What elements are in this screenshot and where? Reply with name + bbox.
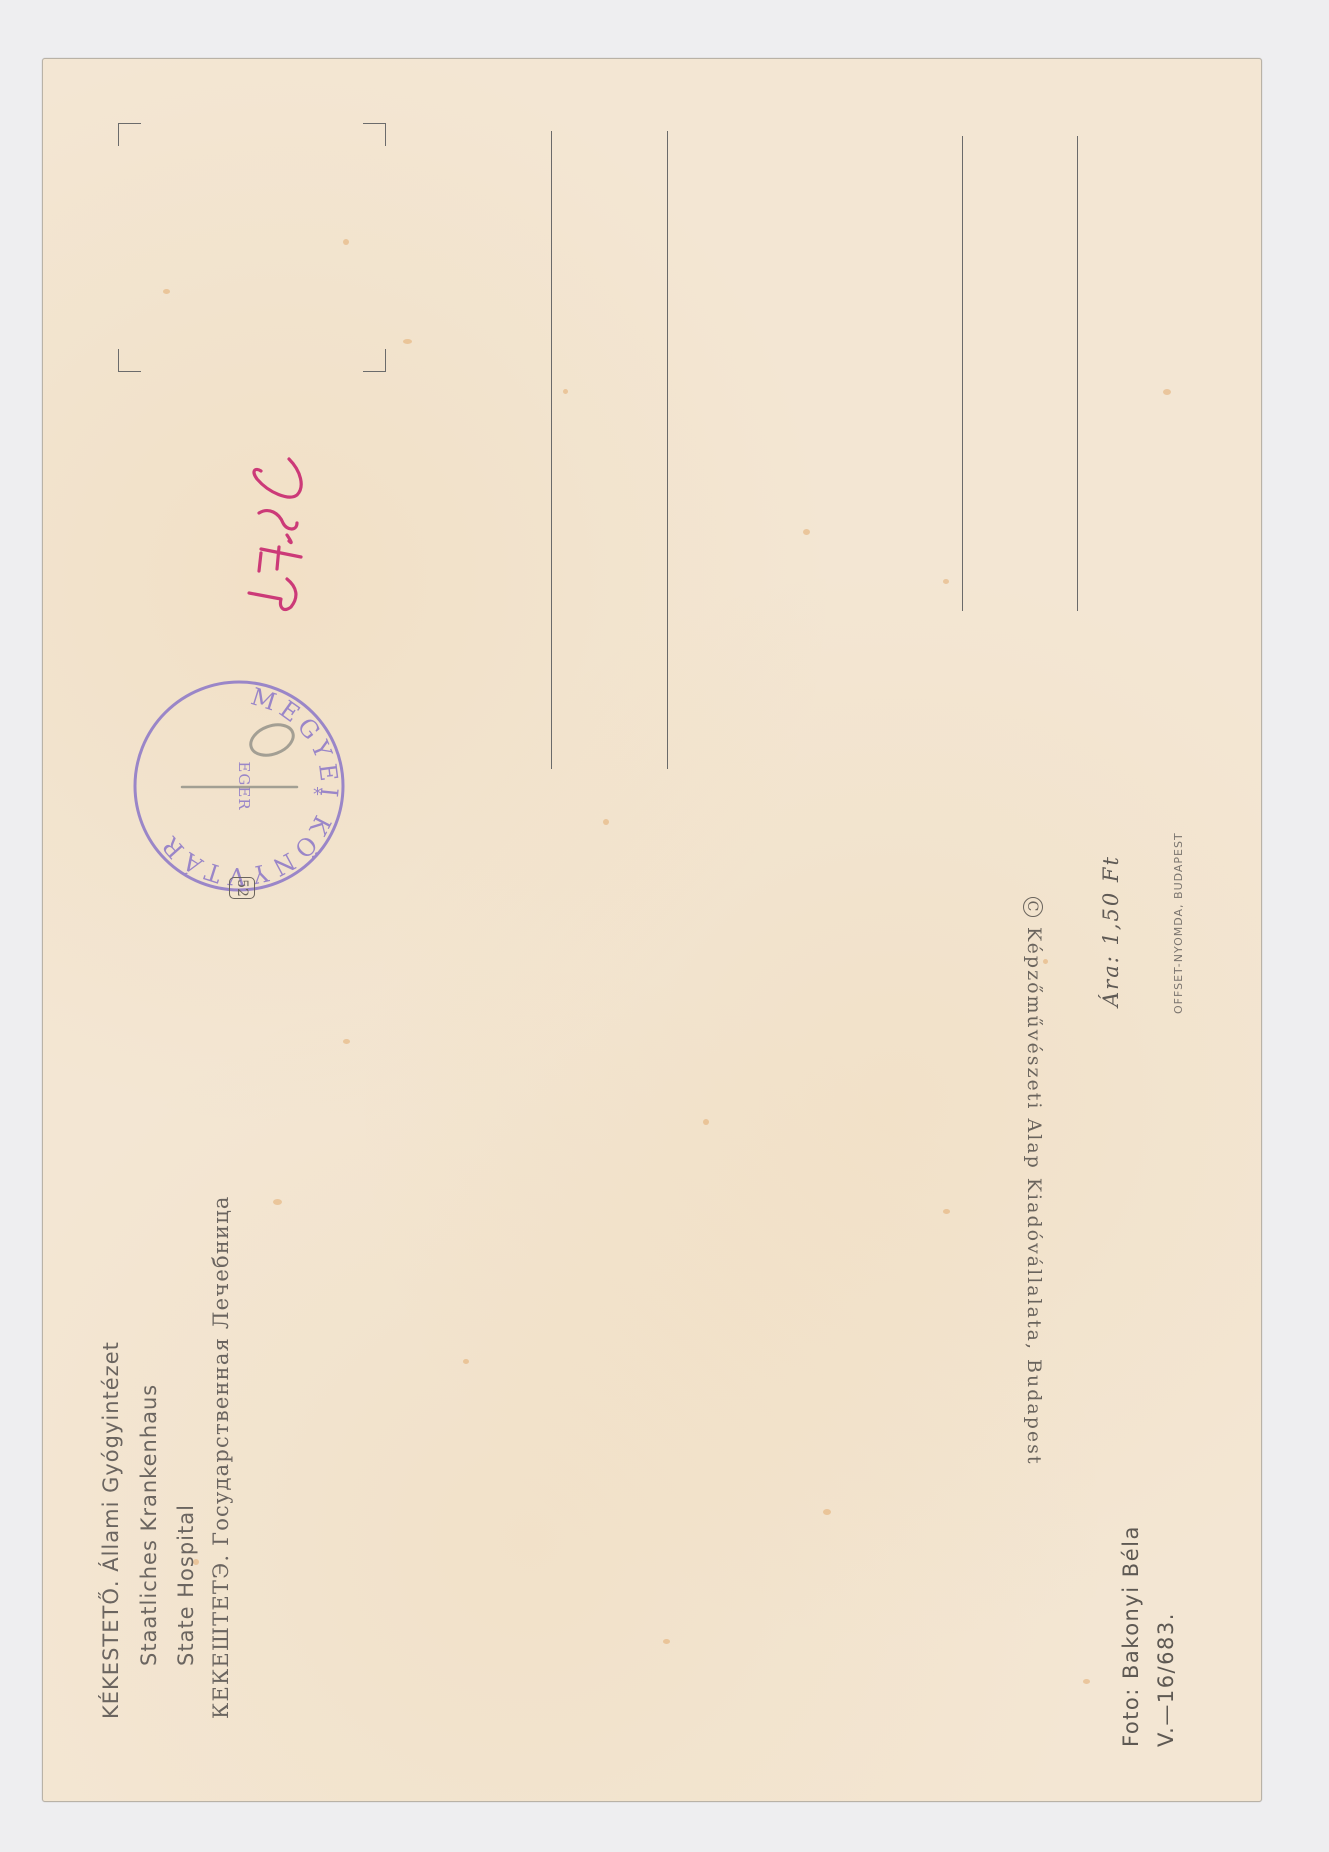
- address-line: [551, 131, 552, 769]
- publisher-badge: 52: [229, 877, 255, 899]
- stamp-box-corner: [118, 123, 141, 146]
- stamp-box-corner: [363, 349, 386, 372]
- publisher-name: Képzőművészeti Alap Kiadóvállalata, Buda…: [1023, 927, 1045, 1466]
- caption-russian: КЕКЕШТЕТЭ. Государственная Лечебница: [211, 1195, 232, 1719]
- stamp-box-corner: [363, 123, 386, 146]
- caption-english: State Hospital: [176, 1504, 197, 1666]
- price-label: Ára: 1,50 Ft: [1101, 855, 1122, 1007]
- handwritten-number: [239, 431, 319, 631]
- photo-credit: Foto: Bakonyi Béla: [1121, 1525, 1142, 1747]
- address-line: [1077, 136, 1078, 611]
- address-line: [667, 131, 668, 769]
- publisher-line: CKépzőművészeti Alap Kiadóvállalata, Bud…: [1023, 897, 1043, 1466]
- address-line: [962, 136, 963, 611]
- postcard-back: MEGYEI KÖNYVTÁR * EGER KÉKESTETŐ. Állami…: [42, 58, 1262, 1802]
- catalog-code: V.—16/683.: [1156, 1612, 1177, 1747]
- copyright-icon: C: [1023, 897, 1043, 917]
- printer-label: OFFSET-NYOMDA, BUDAPEST: [1173, 832, 1184, 1014]
- svg-text:*: *: [313, 784, 322, 805]
- caption-hungarian: KÉKESTETŐ. Állami Gyógyintézet: [101, 1341, 122, 1719]
- caption-german: Staatliches Krankenhaus: [139, 1384, 160, 1666]
- stamp-box-corner: [118, 349, 141, 372]
- library-stamp: MEGYEI KÖNYVTÁR * EGER: [127, 674, 351, 898]
